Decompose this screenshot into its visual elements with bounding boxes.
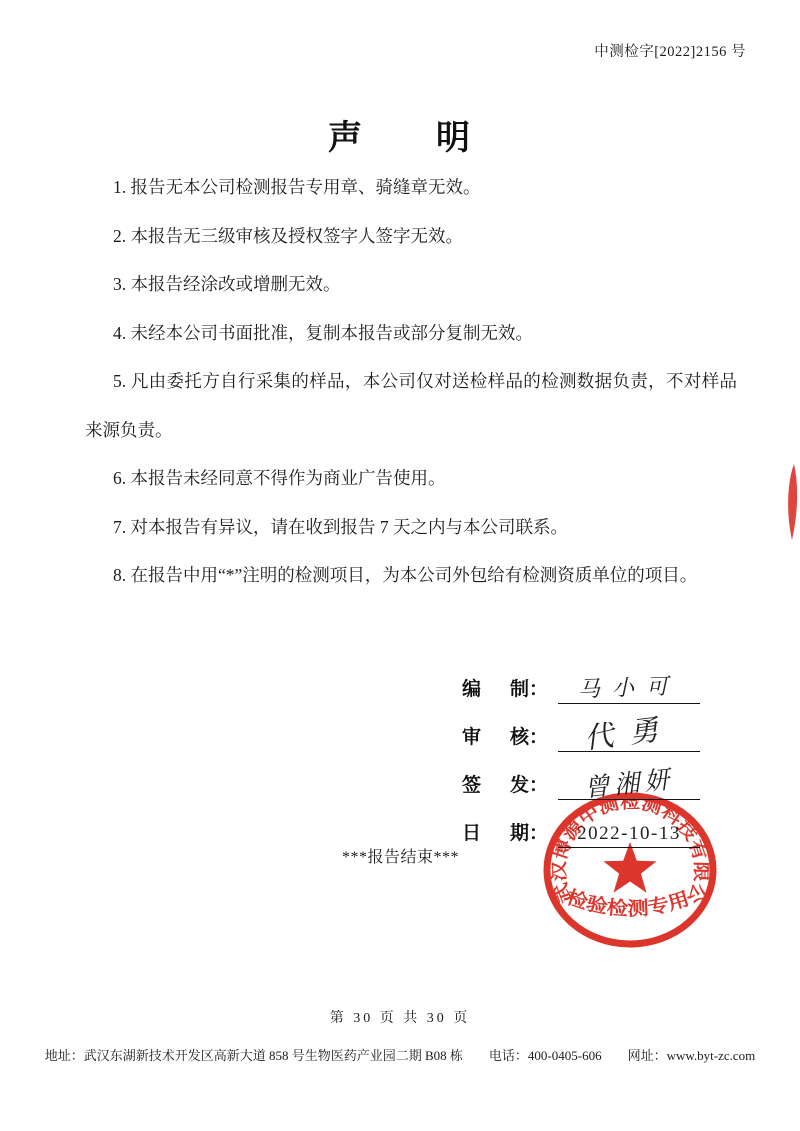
- riding-seam-seal-fragment-icon: [783, 462, 800, 542]
- seal-star-icon: [603, 842, 656, 893]
- footer-website: 网址：www.byt-zc.com: [628, 1045, 756, 1064]
- compiler-label-char2: 制：: [510, 674, 548, 701]
- signature-row-reviewer: 审 核： 代勇: [462, 704, 700, 752]
- declaration-item-2: 2. 本报告无三级审核及授权签字人签字无效。: [85, 212, 737, 261]
- declaration-item-7: 7. 对本报告有异议，请在收到报告 7 天之内与本公司联系。: [85, 503, 737, 552]
- footer-address: 地址：武汉东湖新技术开发区高新大道 858 号生物医药产业园二期 B08 栋: [45, 1045, 463, 1064]
- declaration-item-8: 8. 在报告中用“*”注明的检测项目，为本公司外包给有检测资质单位的项目。: [85, 551, 737, 600]
- reviewer-label-char2: 核：: [510, 722, 548, 749]
- footer-phone: 电话：400-0405-606: [489, 1045, 602, 1064]
- date-label-char1: 日: [462, 818, 481, 845]
- page-number: 第 30 页 共 30 页: [0, 1007, 800, 1027]
- compiler-signature: 马小可: [558, 669, 701, 705]
- footer-contact-bar: 地址：武汉东湖新技术开发区高新大道 858 号生物医药产业园二期 B08 栋 电…: [0, 1045, 800, 1064]
- compiler-signature-line: 马小可: [558, 655, 700, 704]
- reviewer-signature-line: 代勇: [558, 703, 700, 752]
- approver-label: 签 发：: [462, 770, 548, 800]
- compiler-label: 编 制：: [462, 674, 548, 704]
- declaration-item-6: 6. 本报告未经同意不得作为商业广告使用。: [85, 454, 737, 503]
- company-seal-icon: 武汉博源中测检测科技有限公司 检验检测专用章: [540, 790, 720, 952]
- declaration-item-3: 3. 本报告经涂改或增删无效。: [85, 260, 737, 309]
- declaration-item-1: 1. 报告无本公司检测报告专用章、骑缝章无效。: [85, 163, 737, 212]
- signature-row-compiler: 编 制： 马小可: [462, 656, 700, 704]
- report-declaration-page: 中测检字[2022]2156 号 声 明 1. 报告无本公司检测报告专用章、骑缝…: [0, 0, 800, 1131]
- declaration-item-5: 5. 凡由委托方自行采集的样品，本公司仅对送检样品的检测数据负责，不对样品来源负…: [85, 357, 737, 454]
- declaration-item-4: 4. 未经本公司书面批准，复制本报告或部分复制无效。: [85, 309, 737, 358]
- report-end-marker: ***报告结束***: [342, 844, 459, 867]
- approver-label-char1: 签: [462, 770, 481, 797]
- declaration-list: 1. 报告无本公司检测报告专用章、骑缝章无效。 2. 本报告无三级审核及授权签字…: [85, 163, 737, 600]
- reviewer-label: 审 核：: [462, 722, 548, 752]
- compiler-label-char1: 编: [462, 674, 481, 701]
- document-number: 中测检字[2022]2156 号: [594, 40, 746, 61]
- reviewer-label-char1: 审: [462, 722, 481, 749]
- page-title: 声 明: [0, 110, 800, 159]
- date-label: 日 期：: [462, 818, 548, 848]
